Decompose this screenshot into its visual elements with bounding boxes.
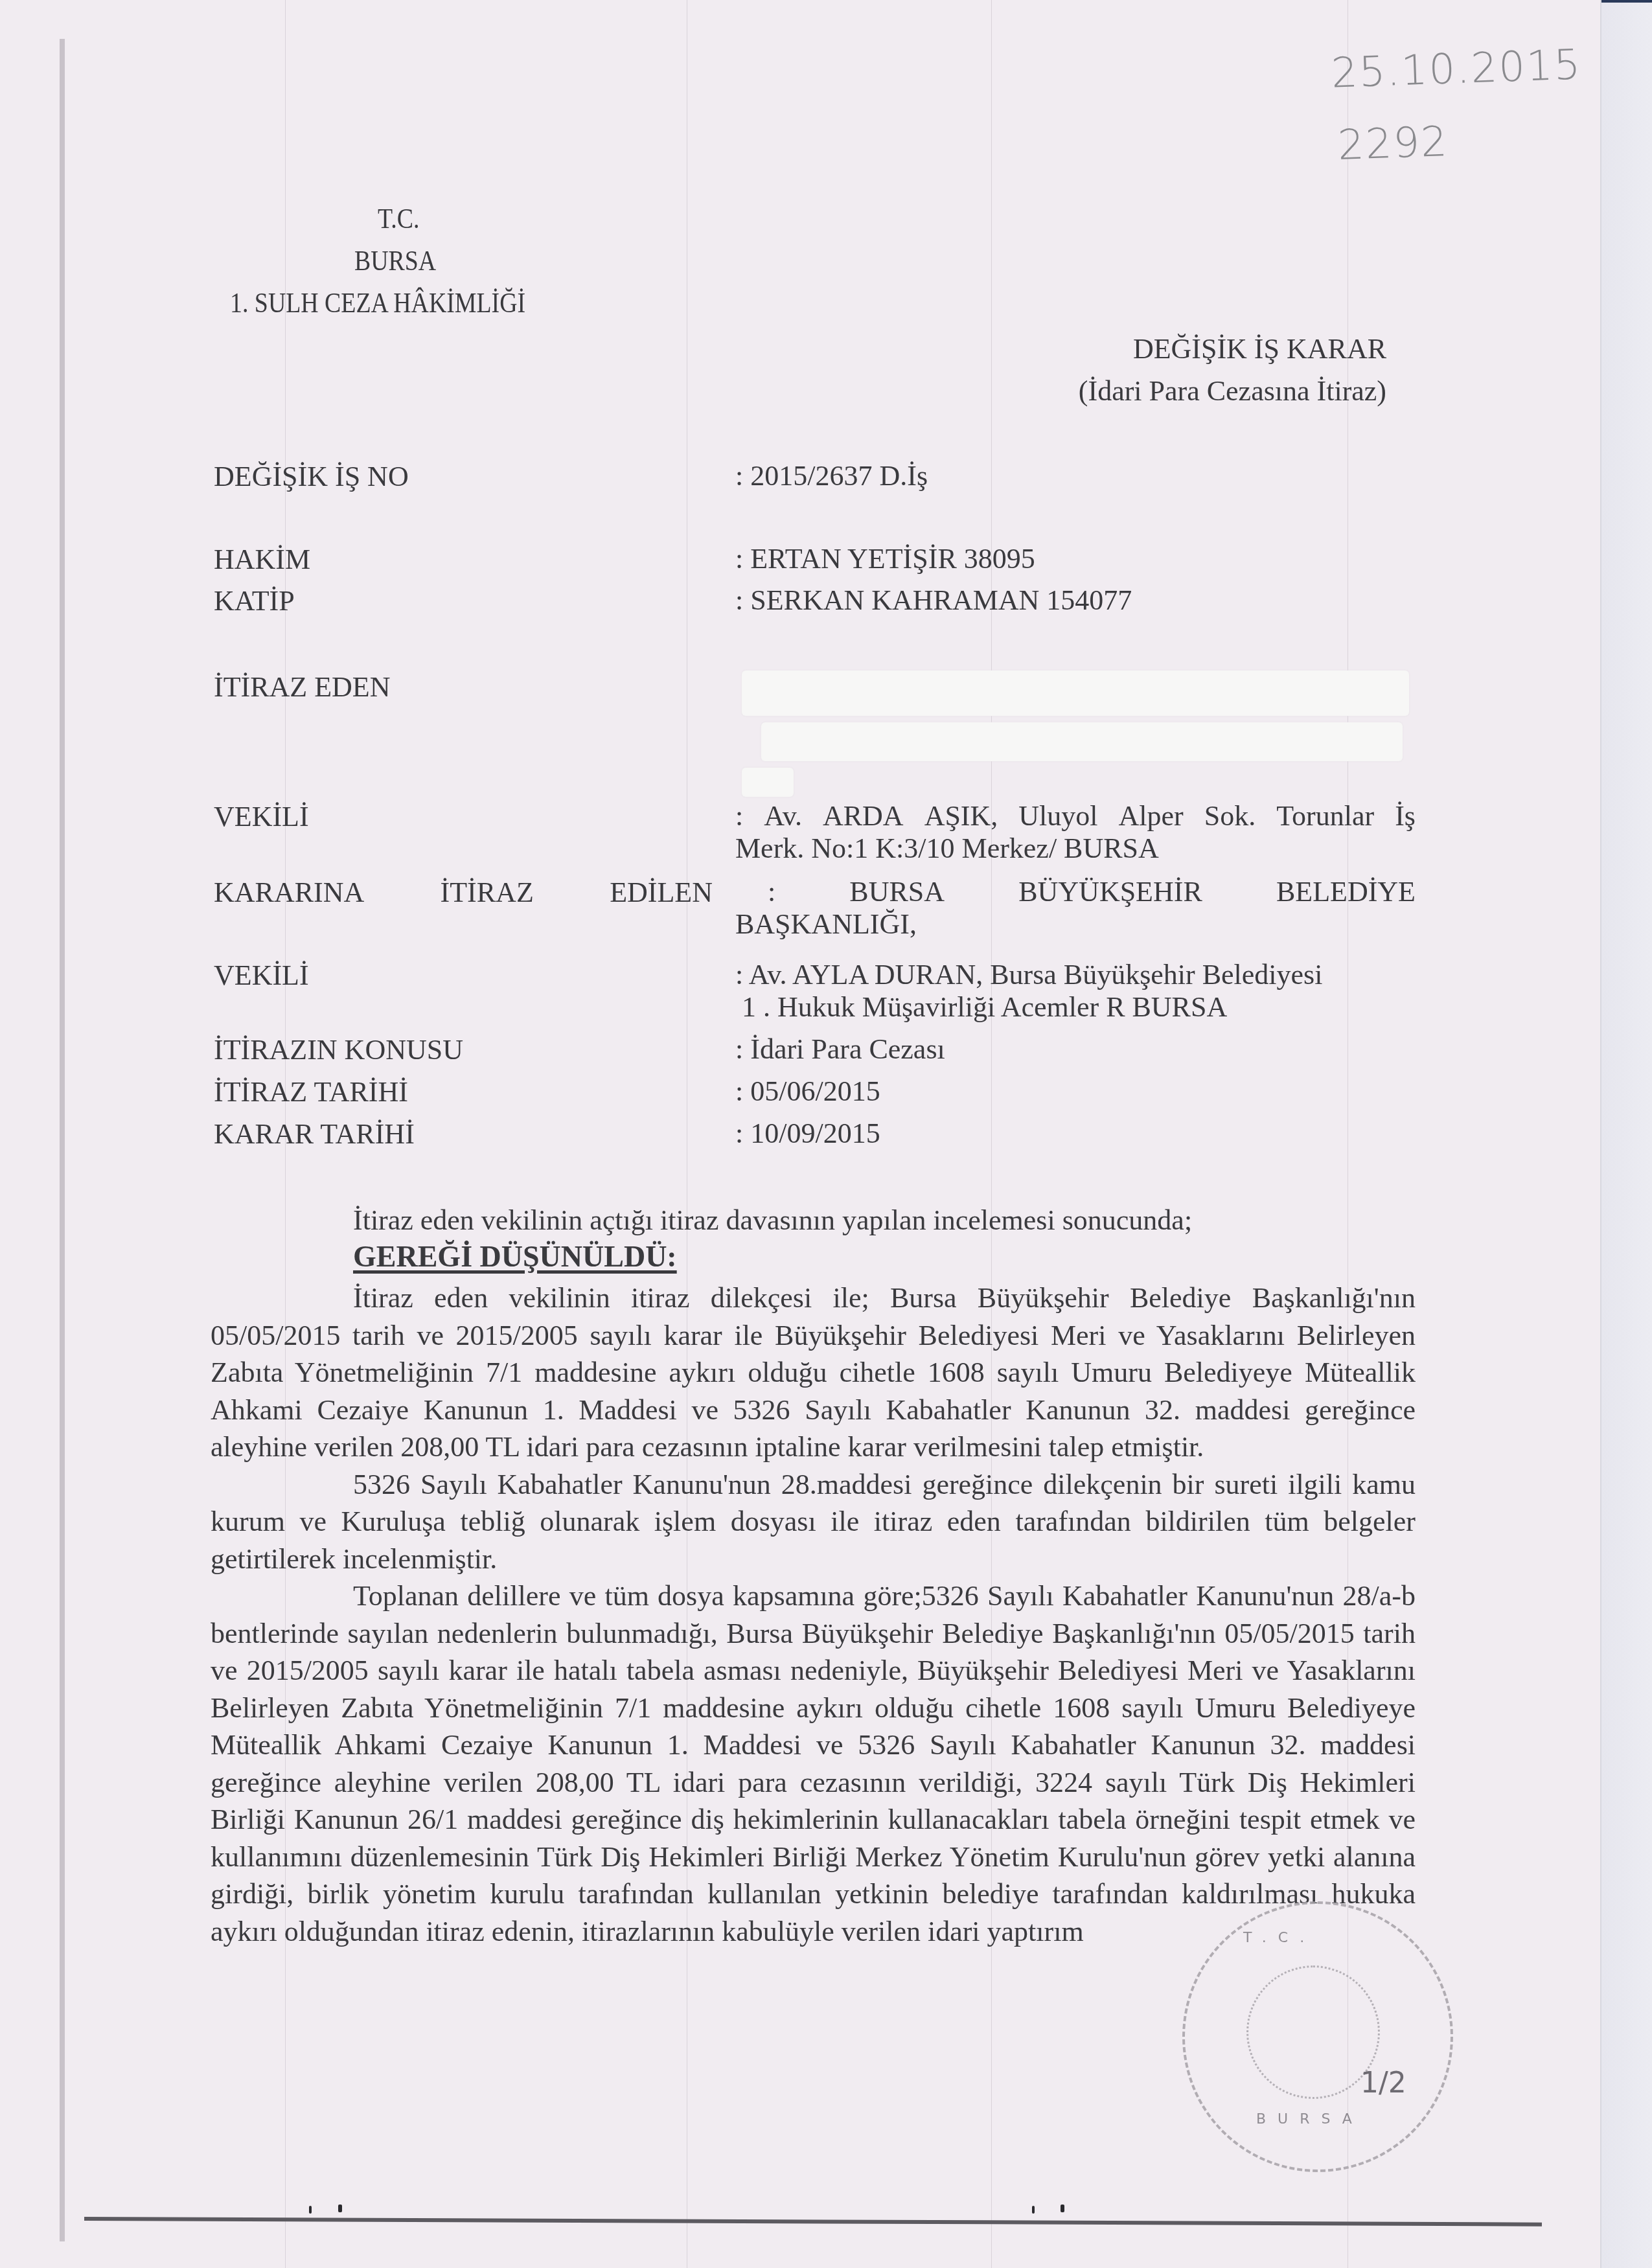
respondent-label: KARARINA İTİRAZ EDİLEN bbox=[214, 876, 713, 909]
subject-label: İTİRAZIN KONUSU bbox=[214, 1033, 463, 1066]
objection-date-label: İTİRAZ TARİHİ bbox=[214, 1075, 408, 1108]
binding-mark bbox=[309, 2206, 312, 2214]
margin-line bbox=[60, 39, 65, 2241]
scanner-edge bbox=[1600, 0, 1652, 2268]
subject-value: : İdari Para Cezası bbox=[735, 1033, 1416, 1066]
intro-text: İtiraz eden vekilinin açtığı itiraz dava… bbox=[211, 1202, 1416, 1239]
case-no-value: : 2015/2637 D.İş bbox=[735, 460, 1416, 492]
clerk-value: : SERKAN KAHRAMAN 154077 bbox=[735, 584, 1416, 617]
case-no-label: DEĞİŞİK İŞ NO bbox=[214, 460, 409, 493]
paragraph: 5326 Sayılı Kabahatler Kanunu'nun 28.mad… bbox=[211, 1466, 1416, 1578]
binding-mark bbox=[1032, 2206, 1035, 2214]
objector-attorney-label: VEKİLİ bbox=[214, 800, 309, 833]
binding-mark bbox=[1061, 2205, 1064, 2212]
objection-date-value: : 05/06/2015 bbox=[735, 1075, 1416, 1108]
clerk-label: KATİP bbox=[214, 584, 295, 617]
decision-body: İtiraz eden vekilinin itiraz dilekçesi i… bbox=[211, 1279, 1416, 1950]
respondent-attorney-label: VEKİLİ bbox=[214, 959, 309, 992]
handwritten-number: 2292 bbox=[1337, 118, 1449, 170]
footer-rule bbox=[84, 2217, 1542, 2227]
judge-label: HAKİM bbox=[214, 543, 310, 576]
decision-heading: GEREĞİ DÜŞÜNÜLDÜ: bbox=[353, 1239, 677, 1274]
objector-value-redacted bbox=[735, 664, 1416, 800]
handwritten-date: 25.10.2015 bbox=[1331, 41, 1583, 97]
court-seal-stamp: T.C. BURSA bbox=[1182, 1901, 1453, 2172]
binding-mark bbox=[338, 2205, 342, 2212]
document-subtype: (İdari Para Cezasına İtiraz) bbox=[1079, 374, 1386, 407]
paragraph: Toplanan delillere ve tüm dosya kapsamın… bbox=[211, 1577, 1416, 1950]
court-country: T.C. bbox=[207, 202, 596, 235]
page-marker: 1/2 bbox=[1360, 2067, 1406, 2100]
respondent-value: : BURSA BÜYÜKŞEHİR BELEDİYE BAŞKANLIĞI, bbox=[735, 876, 1416, 941]
court-city: BURSA bbox=[207, 244, 596, 277]
court-name: 1. SULH CEZA HÂKİMLİĞİ bbox=[207, 286, 596, 319]
judge-value: : ERTAN YETİŞİR 38095 bbox=[735, 543, 1416, 575]
respondent-attorney-value: : Av. AYLA DURAN, Bursa Büyükşehir Beled… bbox=[735, 959, 1416, 1024]
objector-attorney-value: :Av.ARDAAŞIK,UluyolAlperSok.Torunlarİş M… bbox=[735, 800, 1416, 865]
objector-label: İTİRAZ EDEN bbox=[214, 670, 391, 704]
paragraph: İtiraz eden vekilinin itiraz dilekçesi i… bbox=[211, 1279, 1416, 1466]
document-type: DEĞİŞİK İŞ KARAR bbox=[1133, 332, 1386, 365]
decision-date-value: : 10/09/2015 bbox=[735, 1117, 1416, 1150]
decision-date-label: KARAR TARİHİ bbox=[214, 1117, 415, 1151]
